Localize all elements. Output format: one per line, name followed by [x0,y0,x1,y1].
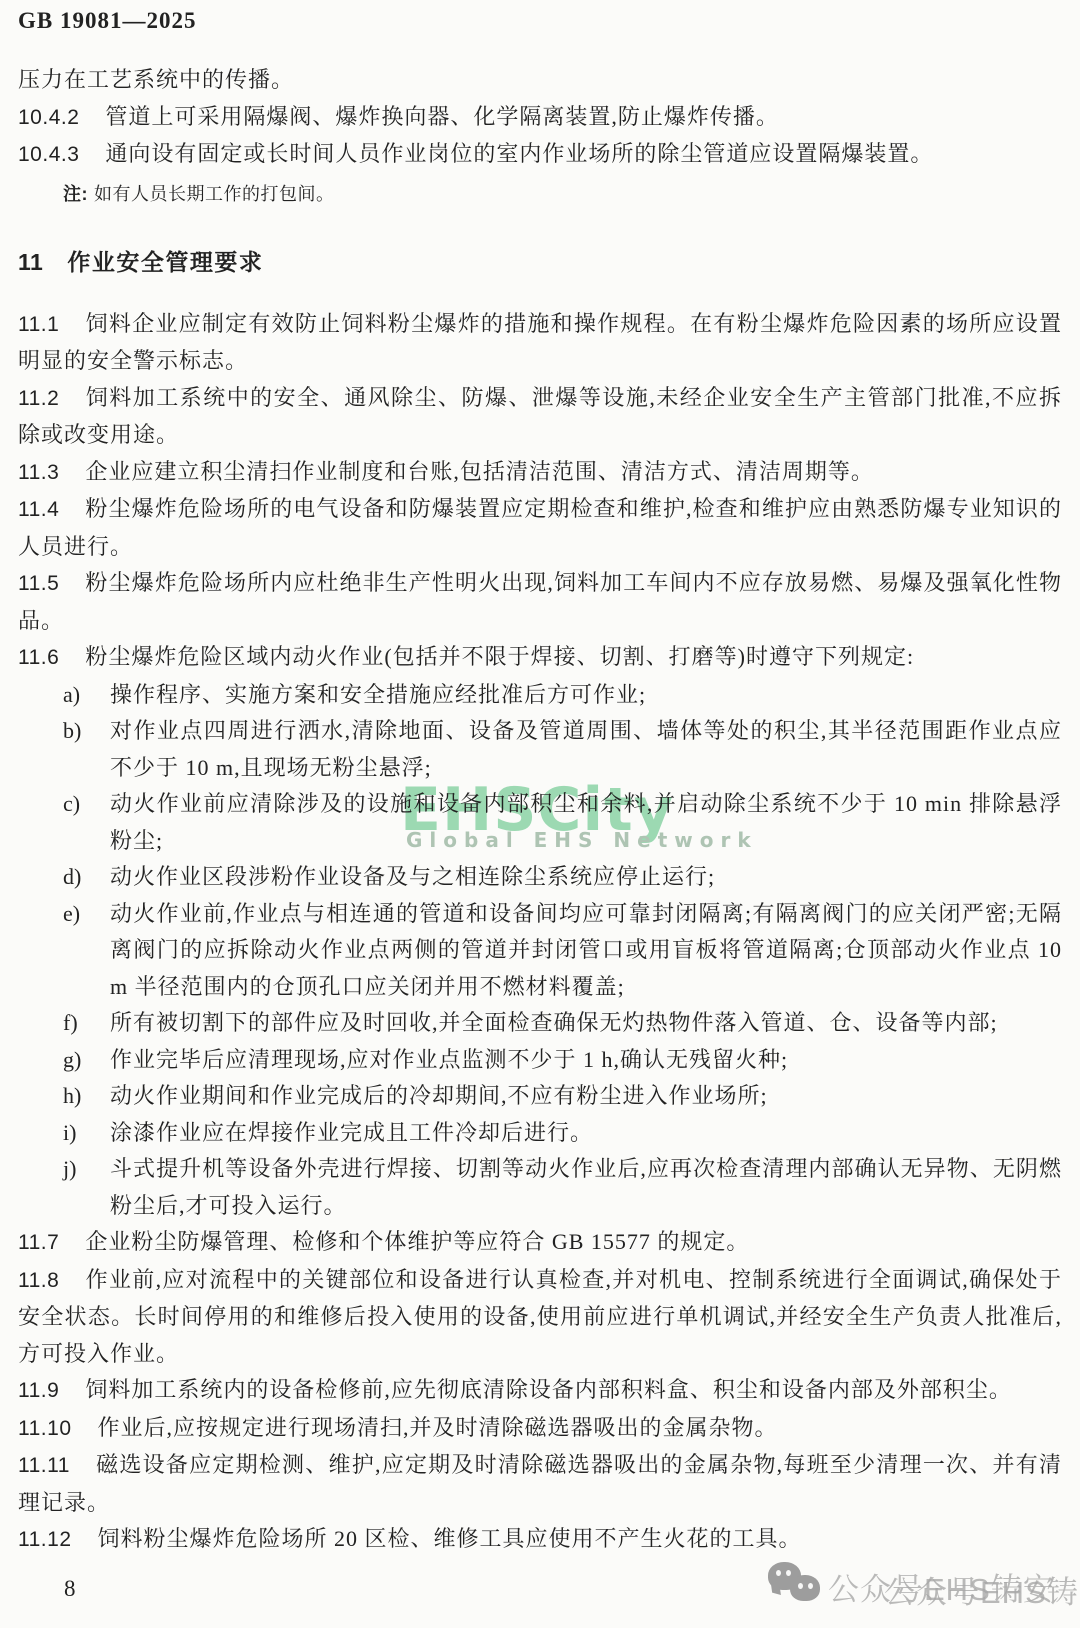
clause-number: 11.5 [18,572,59,595]
list-item-letter: f) [63,1005,78,1042]
clause-text: 饲料企业应制定有效防止饲料粉尘爆炸的措施和操作规程。在有粉尘爆炸危险因素的场所应… [18,311,1062,374]
list-item-text: 动火作业前,作业点与相连通的管道和设备间均应可靠封闭隔离;有隔离阀门的应关闭严密… [110,901,1062,999]
list-item-text: 所有被切割下的部件应及时回收,并全面检查确保无灼热物件落入管道、仓、设备等内部; [110,1010,998,1035]
list-item-letter: b) [63,713,81,750]
list-item: g)作业完毕后应清理现场,应对作业点监测不少于 1 h,确认无残留火种; [18,1042,1062,1079]
section-title: 作业安全管理要求 [67,249,263,275]
list-item-letter: j) [63,1151,76,1188]
clause-text: 粉尘爆炸危险区域内动火作业(包括并不限于焊接、切割、打磨等)时遵守下列规定: [85,644,914,669]
list-item-text: 涂漆作业应在焊接作业完成且工件冷却后进行。 [110,1120,593,1145]
wechat-account-label-ghost: 公众号EHS铸安 [884,1567,1080,1612]
note: 注:如有人员长期工作的打包间。 [18,176,1062,212]
list-item-text: 操作程序、实施方案和安全措施应经批准后方可作业; [110,682,646,707]
wechat-watermark: 公众号EHS铸安 公众号EHS铸安 [766,1556,1066,1616]
clause-group-bottom: 11.7企业粉尘防爆管理、检修和个体维护等应符合 GB 15577 的规定。 1… [18,1224,1062,1559]
list-item-letter: g) [63,1042,81,1079]
clause-text: 饲料加工系统内的设备检修前,应先彻底清除设备内部积料盒、积尘和设备内部及外部积尘… [85,1377,1012,1402]
clause-text: 企业应建立积尘清扫作业制度和台账,包括清洁范围、清洁方式、清洁周期等。 [85,459,874,484]
list-item: j)斗式提升机等设备外壳进行焊接、切割等动火作业后,应再次检查清理内部确认无异物… [18,1151,1062,1224]
list-item-letter: a) [63,677,80,714]
clause-text: 饲料粉尘爆炸危险场所 20 区检、维修工具应使用不产生火花的工具。 [98,1526,802,1551]
standard-number: GB 19081—2025 [18,6,1062,36]
clause: 10.4.2管道上可采用隔爆阀、爆炸换向器、化学隔离装置,防止爆炸传播。 [18,99,1062,137]
note-label: 注: [63,184,88,204]
list-item-letter: d) [63,859,81,896]
clause-number: 11.3 [18,461,59,484]
clause-number: 11.9 [18,1379,59,1402]
clause-number: 11.10 [18,1417,72,1440]
list-item: e)动火作业前,作业点与相连通的管道和设备间均应可靠封闭隔离;有隔离阀门的应关闭… [18,896,1062,1006]
clause: 11.1饲料企业应制定有效防止饲料粉尘爆炸的措施和操作规程。在有粉尘爆炸危险因素… [18,306,1062,380]
list-item-text: 动火作业前应清除涉及的设施和设备内部积尘和余料,并启动除尘系统不少于 10 mi… [110,791,1062,853]
clause-text: 粉尘爆炸危险场所内应杜绝非生产性明火出现,饲料加工车间内不应存放易燃、易爆及强氧… [18,570,1062,633]
clause: 11.4粉尘爆炸危险场所的电气设备和防爆装置应定期检查和维护,检查和维护应由熟悉… [18,491,1062,565]
page-number: 8 [64,1576,76,1602]
clause-group-main: 11.1饲料企业应制定有效防止饲料粉尘爆炸的措施和操作规程。在有粉尘爆炸危险因素… [18,306,1062,677]
list-item: b)对作业点四周进行洒水,清除地面、设备及管道周围、墙体等处的积尘,其半径范围距… [18,713,1062,786]
list-item: d)动火作业区段涉粉作业设备及与之相连除尘系统应停止运行; [18,859,1062,896]
clause-number: 10.4.2 [18,106,79,129]
clause-text: 磁选设备应定期检测、维护,应定期及时清除磁选器吸出的金属杂物,每班至少清理一次、… [18,1452,1062,1515]
wechat-icon-tail [771,1585,781,1595]
clause-number: 11.4 [18,498,59,521]
clause-number: 11.7 [18,1231,59,1254]
list-item-letter: i) [63,1115,76,1152]
clause-number: 11.2 [18,387,59,410]
note-text: 如有人员长期工作的打包间。 [94,184,335,204]
clause: 11.3企业应建立积尘清扫作业制度和台账,包括清洁范围、清洁方式、清洁周期等。 [18,454,1062,492]
section-heading: 11作业安全管理要求 [18,244,1062,280]
list-item-letter: c) [63,786,80,823]
lettered-list: a)操作程序、实施方案和安全措施应经批准后方可作业; b)对作业点四周进行洒水,… [18,677,1062,1225]
list-item-text: 斗式提升机等设备外壳进行焊接、切割等动火作业后,应再次检查清理内部确认无异物、无… [110,1156,1062,1218]
clause-number: 11.11 [18,1454,70,1477]
clause-number: 10.4.3 [18,143,79,166]
list-item: h)动火作业期间和作业完成后的冷却期间,不应有粉尘进入作业场所; [18,1078,1062,1115]
clause-number: 11.12 [18,1528,72,1551]
clause: 11.11磁选设备应定期检测、维护,应定期及时清除磁选器吸出的金属杂物,每班至少… [18,1447,1062,1521]
clause: 11.7企业粉尘防爆管理、检修和个体维护等应符合 GB 15577 的规定。 [18,1224,1062,1262]
list-item: i)涂漆作业应在焊接作业完成且工件冷却后进行。 [18,1115,1062,1152]
list-item-text: 动火作业期间和作业完成后的冷却期间,不应有粉尘进入作业场所; [110,1083,768,1108]
clause-text: 粉尘爆炸危险场所的电气设备和防爆装置应定期检查和维护,检查和维护应由熟悉防爆专业… [18,496,1062,559]
list-item: a)操作程序、实施方案和安全措施应经批准后方可作业; [18,677,1062,714]
wechat-icon [790,1575,820,1601]
list-item-letter: e) [63,896,80,933]
clause: 11.10作业后,应按规定进行现场清扫,并及时清除磁选器吸出的金属杂物。 [18,1410,1062,1448]
section-number: 11 [18,249,43,275]
clause-text: 通向设有固定或长时间人员作业岗位的室内作业场所的除尘管道应设置隔爆装置。 [105,141,933,166]
clause: 11.5粉尘爆炸危险场所内应杜绝非生产性明火出现,饲料加工车间内不应存放易燃、易… [18,565,1062,639]
clause: 11.6粉尘爆炸危险区域内动火作业(包括并不限于焊接、切割、打磨等)时遵守下列规… [18,639,1062,677]
paragraph-continuation: 压力在工艺系统中的传播。 [18,62,1062,99]
list-item-letter: h) [63,1078,81,1115]
clause: 11.8作业前,应对流程中的关键部位和设备进行认真检查,并对机电、控制系统进行全… [18,1262,1062,1373]
list-item-text: 对作业点四周进行洒水,清除地面、设备及管道周围、墙体等处的积尘,其半径范围距作业… [110,718,1062,780]
clause-text: 作业前,应对流程中的关键部位和设备进行认真检查,并对机电、控制系统进行全面调试,… [18,1267,1062,1366]
clause: 11.12饲料粉尘爆炸危险场所 20 区检、维修工具应使用不产生火花的工具。 [18,1521,1062,1559]
clause-group-top: 10.4.2管道上可采用隔爆阀、爆炸换向器、化学隔离装置,防止爆炸传播。 10.… [18,99,1062,174]
clause-number: 11.1 [18,313,59,336]
document-page: GB 19081—2025 压力在工艺系统中的传播。 10.4.2管道上可采用隔… [0,0,1080,1559]
clause-text: 作业后,应按规定进行现场清扫,并及时清除磁选器吸出的金属杂物。 [98,1415,778,1440]
clause: 11.9饲料加工系统内的设备检修前,应先彻底清除设备内部积料盒、积尘和设备内部及… [18,1372,1062,1410]
clause-text: 企业粉尘防爆管理、检修和个体维护等应符合 GB 15577 的规定。 [85,1229,749,1254]
clause: 11.2饲料加工系统中的安全、通风除尘、防爆、泄爆等设施,未经企业安全生产主管部… [18,380,1062,454]
clause-number: 11.8 [18,1269,59,1292]
clause-text: 管道上可采用隔爆阀、爆炸换向器、化学隔离装置,防止爆炸传播。 [105,104,779,129]
list-item-text: 动火作业区段涉粉作业设备及与之相连除尘系统应停止运行; [110,864,715,889]
list-item: f)所有被切割下的部件应及时回收,并全面检查确保无灼热物件落入管道、仓、设备等内… [18,1005,1062,1042]
list-item: c)动火作业前应清除涉及的设施和设备内部积尘和余料,并启动除尘系统不少于 10 … [18,786,1062,859]
clause-text: 饲料加工系统中的安全、通风除尘、防爆、泄爆等设施,未经企业安全生产主管部门批准,… [18,385,1062,448]
clause-number: 11.6 [18,646,59,669]
clause: 10.4.3通向设有固定或长时间人员作业岗位的室内作业场所的除尘管道应设置隔爆装… [18,136,1062,174]
list-item-text: 作业完毕后应清理现场,应对作业点监测不少于 1 h,确认无残留火种; [110,1047,788,1072]
